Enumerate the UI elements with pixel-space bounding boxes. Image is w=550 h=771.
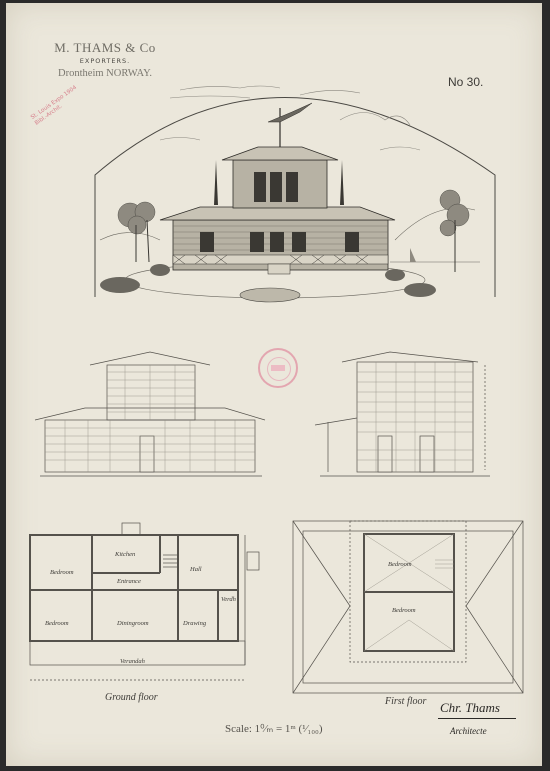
first-floor-caption: First floor bbox=[385, 696, 426, 707]
room-label-bedroom-upper-1: Bedroom bbox=[388, 561, 412, 568]
architect-title: Architecte bbox=[450, 726, 487, 736]
room-label-bedroom-upper-2: Bedroom bbox=[392, 607, 416, 614]
first-floor-plan bbox=[0, 0, 550, 771]
scale-note: Scale: 1⁰⁄ₘ = 1ᵐ (¹⁄₁₀₀) bbox=[225, 722, 323, 735]
signature-underline bbox=[438, 718, 516, 719]
architect-signature: Chr. Thams bbox=[440, 700, 500, 716]
